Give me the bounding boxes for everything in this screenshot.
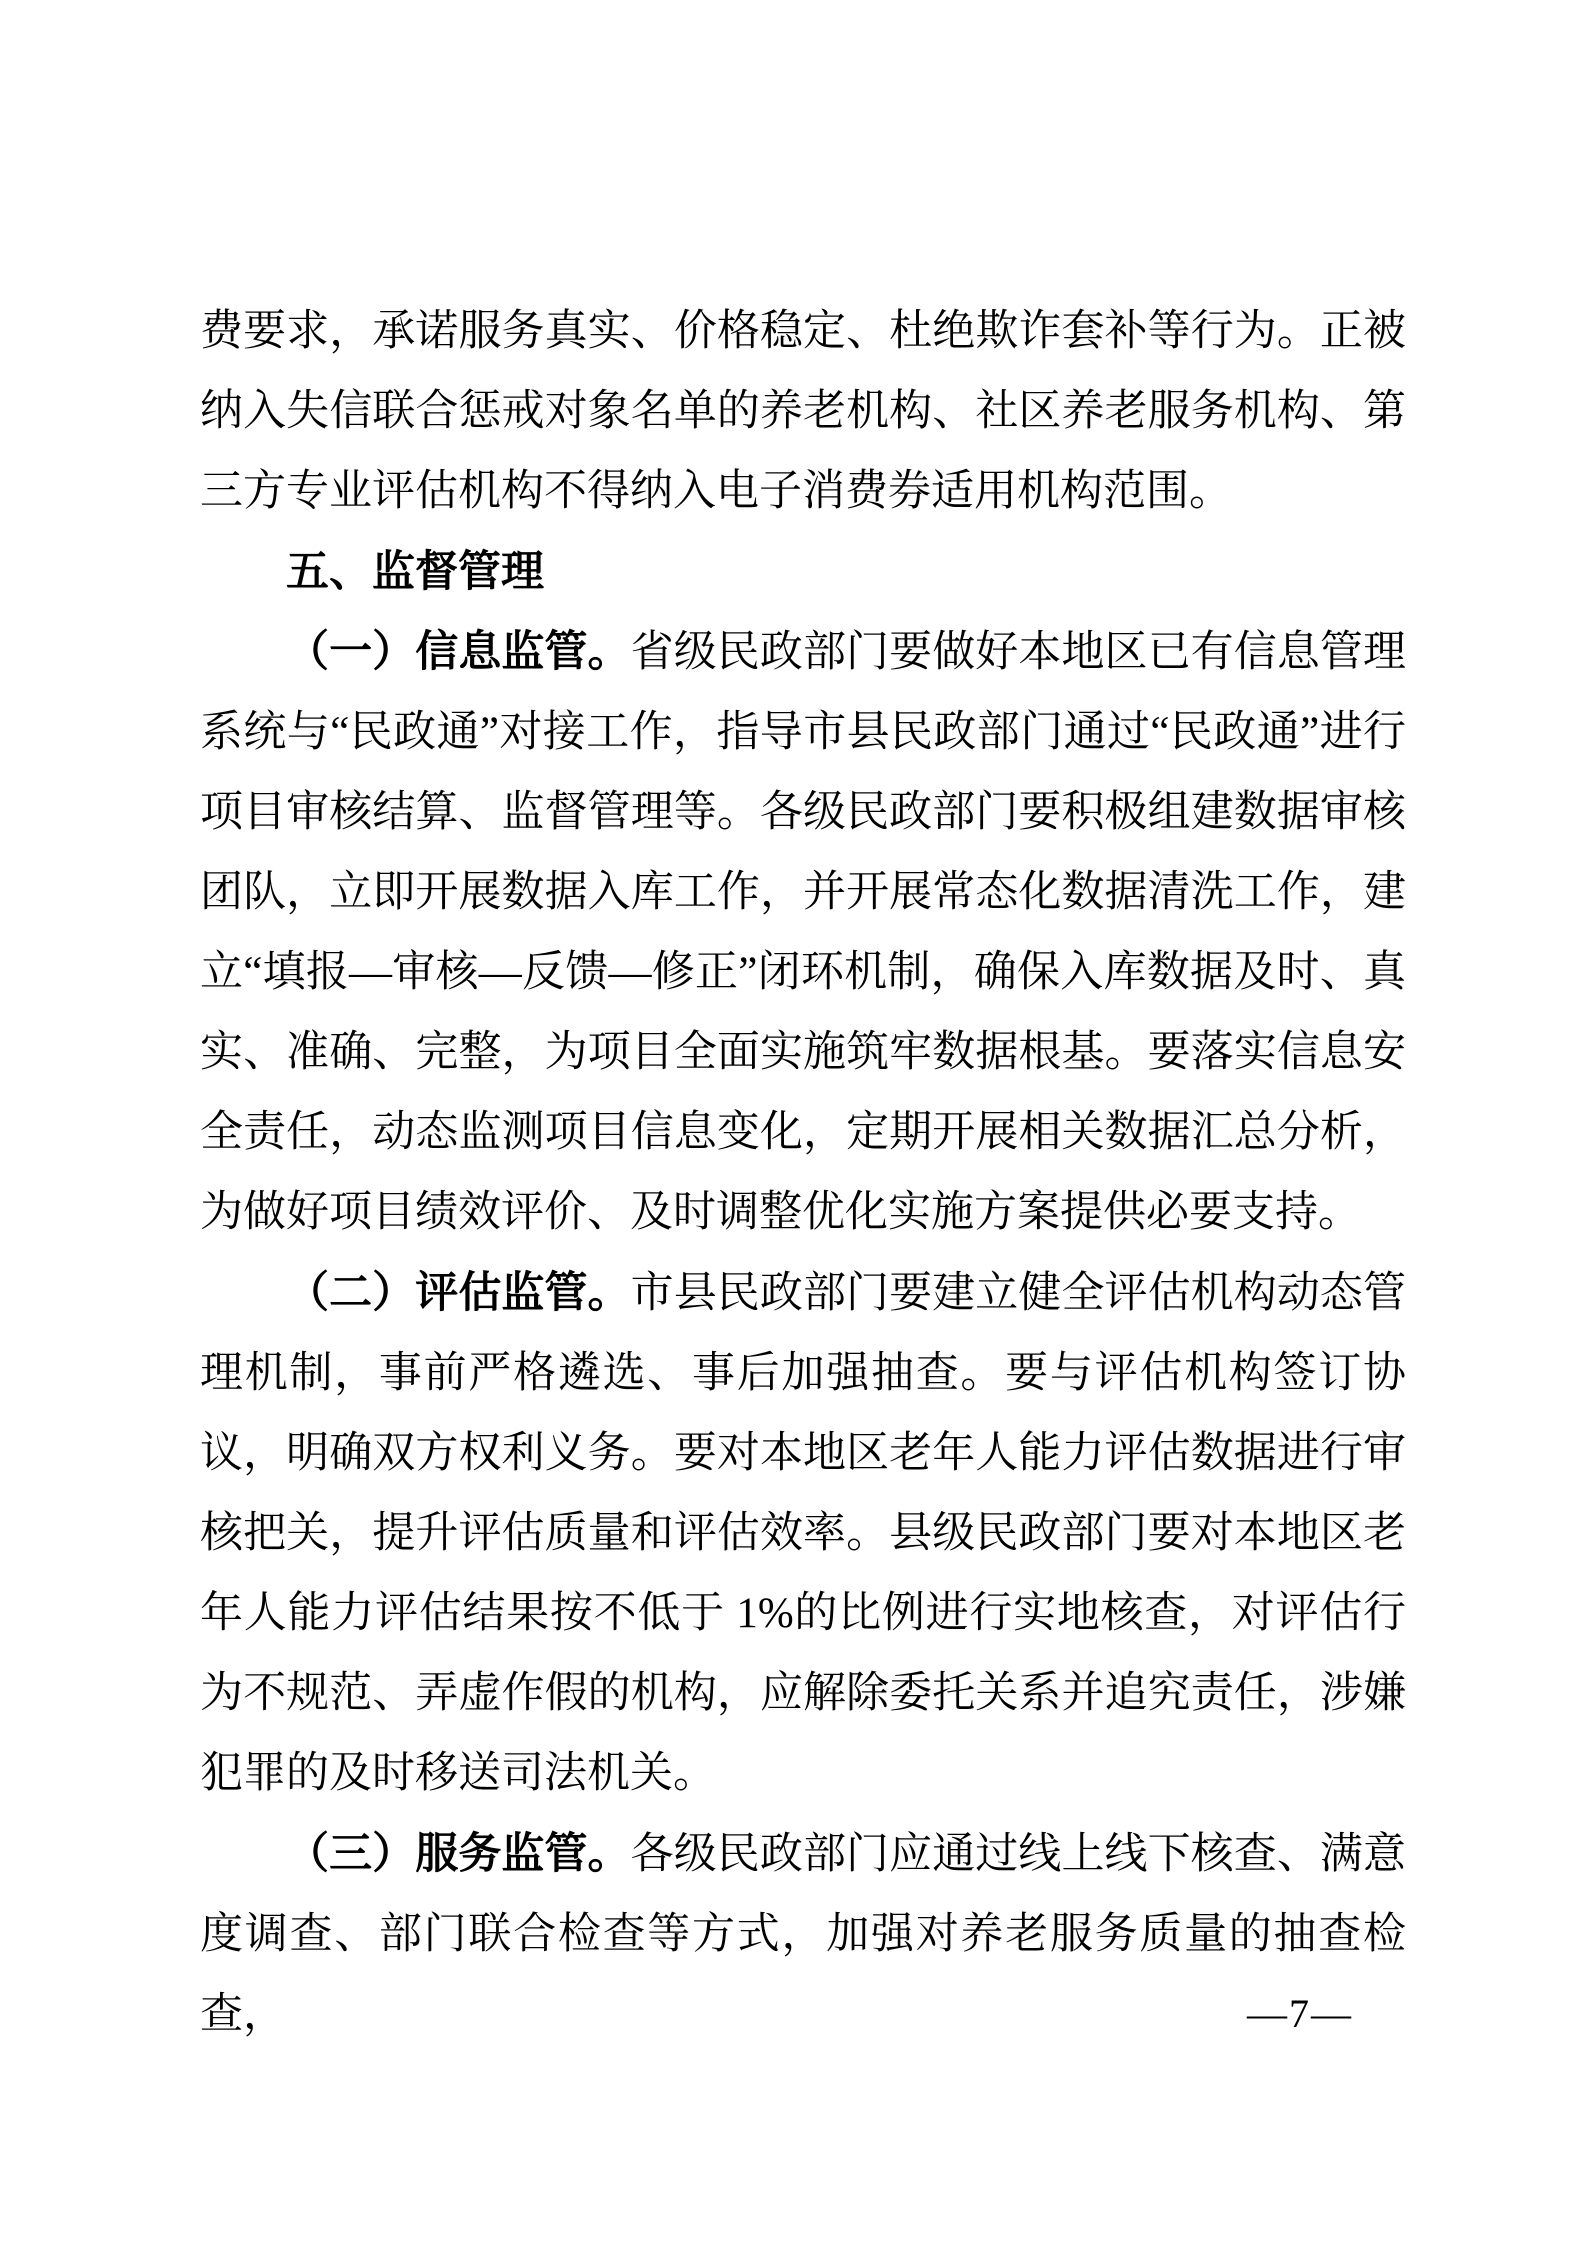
paragraph-service-supervision: （三）服务监管。各级民政部门应通过线上线下核查、满意度调查、部门联合检查等方式，… <box>200 1814 1406 2055</box>
subsection-label-evaluation-supervision: （二）评估监管。 <box>286 1269 631 1317</box>
paragraph-continuation: 费要求，承诺服务真实、价格稳定、杜绝欺诈套补等行为。正被纳入失信联合惩戒对象名单… <box>200 292 1406 532</box>
section-heading: 五、监督管理 <box>200 532 1406 612</box>
subsection-label-info-supervision: （一）信息监管。 <box>286 628 631 676</box>
paragraph-info-supervision-text: 省级民政部门要做好本地区已有信息管理系统与“民政通”对接工作，指导市县民政部门通… <box>200 629 1406 1236</box>
subsection-label-service-supervision: （三）服务监管。 <box>286 1830 631 1878</box>
document-body: 费要求，承诺服务真实、价格稳定、杜绝欺诈套补等行为。正被纳入失信联合惩戒对象名单… <box>200 292 1406 2055</box>
paragraph-evaluation-supervision: （二）评估监管。市县民政部门要建立健全评估机构动态管理机制，事前严格遴选、事后加… <box>200 1253 1406 1814</box>
page-number: —7— <box>1245 1992 1355 2036</box>
document-page: 费要求，承诺服务真实、价格稳定、杜绝欺诈套补等行为。正被纳入失信联合惩戒对象名单… <box>0 0 1588 2245</box>
paragraph-continuation-text: 费要求，承诺服务真实、价格稳定、杜绝欺诈套补等行为。正被纳入失信联合惩戒对象名单… <box>200 308 1406 515</box>
paragraph-evaluation-supervision-text: 市县民政部门要建立健全评估机构动态管理机制，事前严格遴选、事后加强抽查。要与评估… <box>200 1270 1406 1797</box>
paragraph-info-supervision: （一）信息监管。省级民政部门要做好本地区已有信息管理系统与“民政通”对接工作，指… <box>200 612 1406 1253</box>
section-heading-text: 五、监督管理 <box>286 548 544 596</box>
